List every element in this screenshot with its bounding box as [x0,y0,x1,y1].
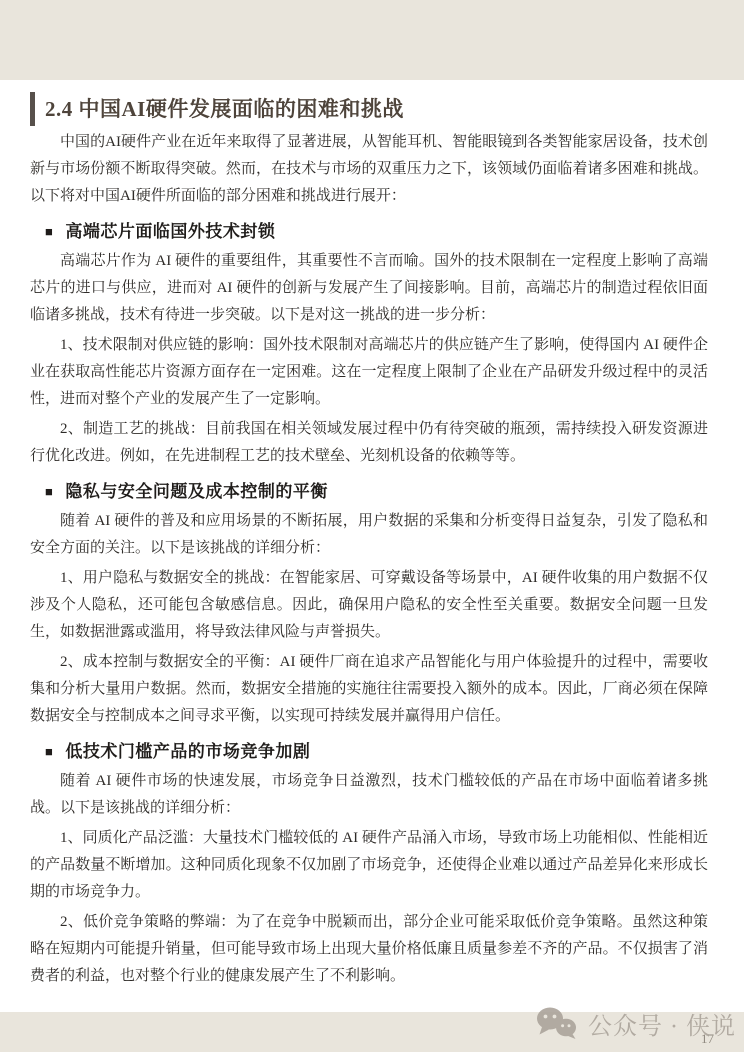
numbered-point: 1、技术限制对供应链的影响：国外技术限制对高端芯片的供应链产生了影响，使得国内 … [30,332,708,413]
intro-paragraph: 中国的AI硬件产业在近年来取得了显著进展，从智能耳机、智能眼镜到各类智能家居设备… [30,129,708,210]
numbered-point: 1、用户隐私与数据安全的挑战：在智能家居、可穿戴设备等场景中，AI 硬件收集的用… [30,565,708,646]
numbered-point: 2、制造工艺的挑战：目前我国在相关领域发展过程中仍有待突破的瓶颈，需持续投入研发… [30,416,708,470]
section-heading-chips: ■高端芯片面临国外技术封锁 [30,220,708,245]
square-bullet-icon: ■ [45,484,53,499]
square-bullet-icon: ■ [45,744,53,759]
section-intro-paragraph: 高端芯片作为 AI 硬件的重要组件，其重要性不言而喻。国外的技术限制在一定程度上… [30,248,708,329]
numbered-point: 2、低价竞争策略的弊端：为了在竞争中脱颖而出，部分企业可能采取低价竞争策略。虽然… [30,909,708,990]
page-title: 2.4 中国AI硬件发展面临的困难和挑战 [30,92,708,126]
square-bullet-icon: ■ [45,224,53,239]
section-heading-text: 低技术门槛产品的市场竞争加剧 [65,742,310,761]
section-heading-privacy: ■隐私与安全问题及成本控制的平衡 [30,480,708,505]
section-heading-text: 高端芯片面临国外技术封锁 [65,222,275,241]
page-margin-top [0,0,744,80]
numbered-point: 1、同质化产品泛滥：大量技术门槛较低的 AI 硬件产品涌入市场，导致市场上功能相… [30,825,708,906]
document-page: 2.4 中国AI硬件发展面临的困难和挑战 中国的AI硬件产业在近年来取得了显著进… [30,80,708,990]
section-heading-text: 隐私与安全问题及成本控制的平衡 [65,482,328,501]
page-number: 17 [701,1031,714,1047]
section-intro-paragraph: 随着 AI 硬件市场的快速发展，市场竞争日益激烈，技术门槛较低的产品在市场中面临… [30,768,708,822]
wechat-icon [536,1006,578,1040]
numbered-point: 2、成本控制与数据安全的平衡：AI 硬件厂商在追求产品智能化与用户体验提升的过程… [30,649,708,730]
section-intro-paragraph: 随着 AI 硬件的普及和应用场景的不断拓展，用户数据的采集和分析变得日益复杂，引… [30,508,708,562]
section-heading-competition: ■低技术门槛产品的市场竞争加剧 [30,740,708,765]
